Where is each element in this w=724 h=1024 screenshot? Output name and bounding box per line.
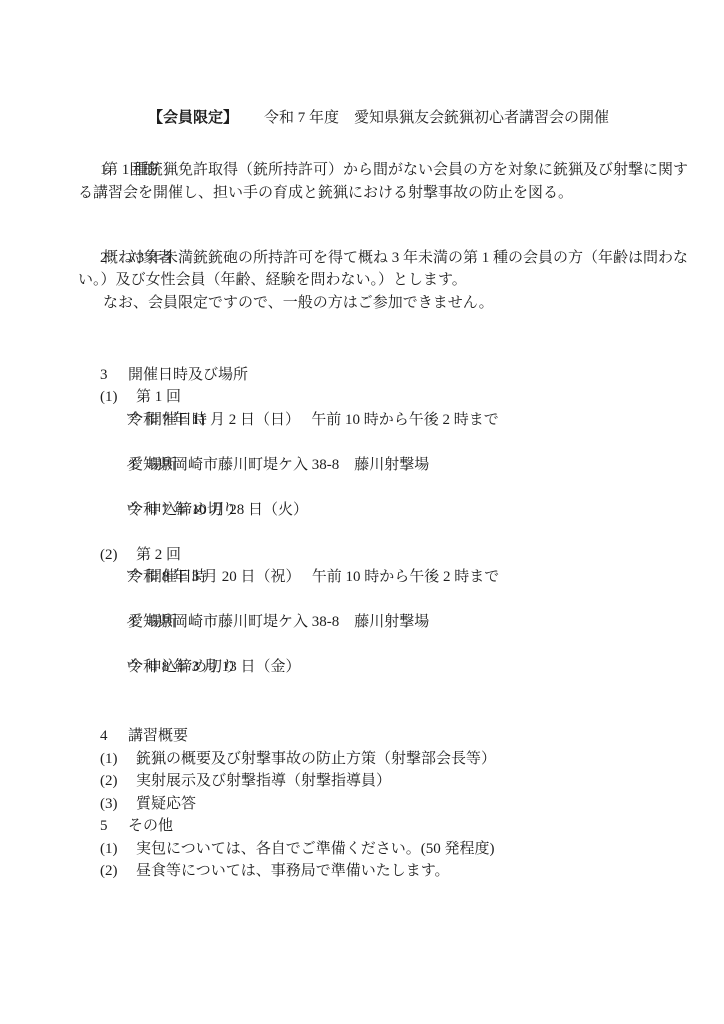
section-3-heading-label: 開催日時及び場所 <box>128 367 248 383</box>
target-line-3: なお、会員限定ですので、一般の方はご参加できません。 <box>103 292 664 315</box>
member-only-badge: 【会員限定】 <box>148 110 238 126</box>
target-line-1: 概ね 3 年未満銃銃砲の所持許可を得て概ね 3 年未満の第 1 種の会員の方（年… <box>103 247 664 270</box>
round-2-datetime-heading: ア開催日時 <box>110 544 664 567</box>
other-item-1-text: 実包については、各自でご準備ください。(50 発程度) <box>136 841 494 857</box>
section-5-heading-label: その他 <box>128 818 173 834</box>
section-3-number: 3 <box>100 364 128 387</box>
round-2-deadline-value: 令和 8 年 3 月 13 日（金） <box>128 656 664 679</box>
target-line-2: い。）及び女性会員（年齢、経験を問わない。）とします。 <box>78 269 664 292</box>
overview-item-3-text: 質疑応答 <box>136 796 196 812</box>
overview-item-2-text: 実射展示及び射撃指導（射撃指導員） <box>136 773 391 789</box>
section-3-heading: 3開催日時及び場所 <box>85 341 664 364</box>
round-1-place-value: 愛知県岡崎市藤川町堤ケ入 38-8 藤川射撃場 <box>128 454 664 477</box>
round-2-deadline-heading: ウ申込締め切り <box>110 634 664 657</box>
overview-item-1-text: 銃猟の概要及び射撃事故の防止方策（射撃部会長等） <box>136 751 496 767</box>
round-2-place-heading: イ場所 <box>110 589 664 612</box>
round-1-deadline-value: 令和 7 年 10 月 28 日（火） <box>128 499 664 522</box>
round-2-heading-label: 第 2 回 <box>136 547 181 563</box>
doc-title-text: 令和 7 年度 愛知県猟友会銃猟初心者講習会の開催 <box>264 110 609 126</box>
round-1-number: (1) <box>100 386 136 409</box>
section-2-heading: 2対象者 <box>85 224 664 247</box>
purpose-line-1: 第 1 種銃猟免許取得（銃所持許可）から間がない会員の方を対象に銃猟及び射撃に関… <box>103 159 664 182</box>
section-4-number: 4 <box>100 725 128 748</box>
purpose-line-2: る講習会を開催し、担い手の育成と銃猟における射撃事故の防止を図る。 <box>78 182 664 205</box>
round-1-place-heading: イ場所 <box>110 431 664 454</box>
section-4-heading: 4講習概要 <box>85 703 664 726</box>
round-2-number: (2) <box>100 544 136 567</box>
round-1-heading-label: 第 1 回 <box>136 389 181 405</box>
doc-title: 【会員限定】令和 7 年度 愛知県猟友会銃猟初心者講習会の開催 <box>78 84 664 107</box>
other-item-2-text: 昼食等については、事務局で準備いたします。 <box>136 863 450 879</box>
round-1-deadline-heading: ウ申込締め切り <box>110 476 664 499</box>
document-page: 【会員限定】令和 7 年度 愛知県猟友会銃猟初心者講習会の開催 1目的 第 1 … <box>0 0 724 1024</box>
round-2-datetime-value: 令和 8 年 3 月 20 日（祝） 午前 10 時から午後 2 時まで <box>128 566 664 589</box>
round-2-place-value: 愛知県岡崎市藤川町堤ケ入 38-8 藤川射撃場 <box>128 611 664 634</box>
section-5-number: 5 <box>100 815 128 838</box>
other-item-2-number: (2) <box>100 860 136 883</box>
round-1-datetime-value: 令和 7 年 11 月 2 日（日） 午前 10 時から午後 2 時まで <box>128 409 664 432</box>
overview-item-2-number: (2) <box>100 770 136 793</box>
round-1-datetime-heading: ア開催日時 <box>110 386 664 409</box>
overview-item-3-number: (3) <box>100 793 136 816</box>
other-item-1-number: (1) <box>100 838 136 861</box>
section-4-heading-label: 講習概要 <box>128 728 188 744</box>
overview-item-1-number: (1) <box>100 748 136 771</box>
round-2-heading: (2)第 2 回 <box>85 521 664 544</box>
